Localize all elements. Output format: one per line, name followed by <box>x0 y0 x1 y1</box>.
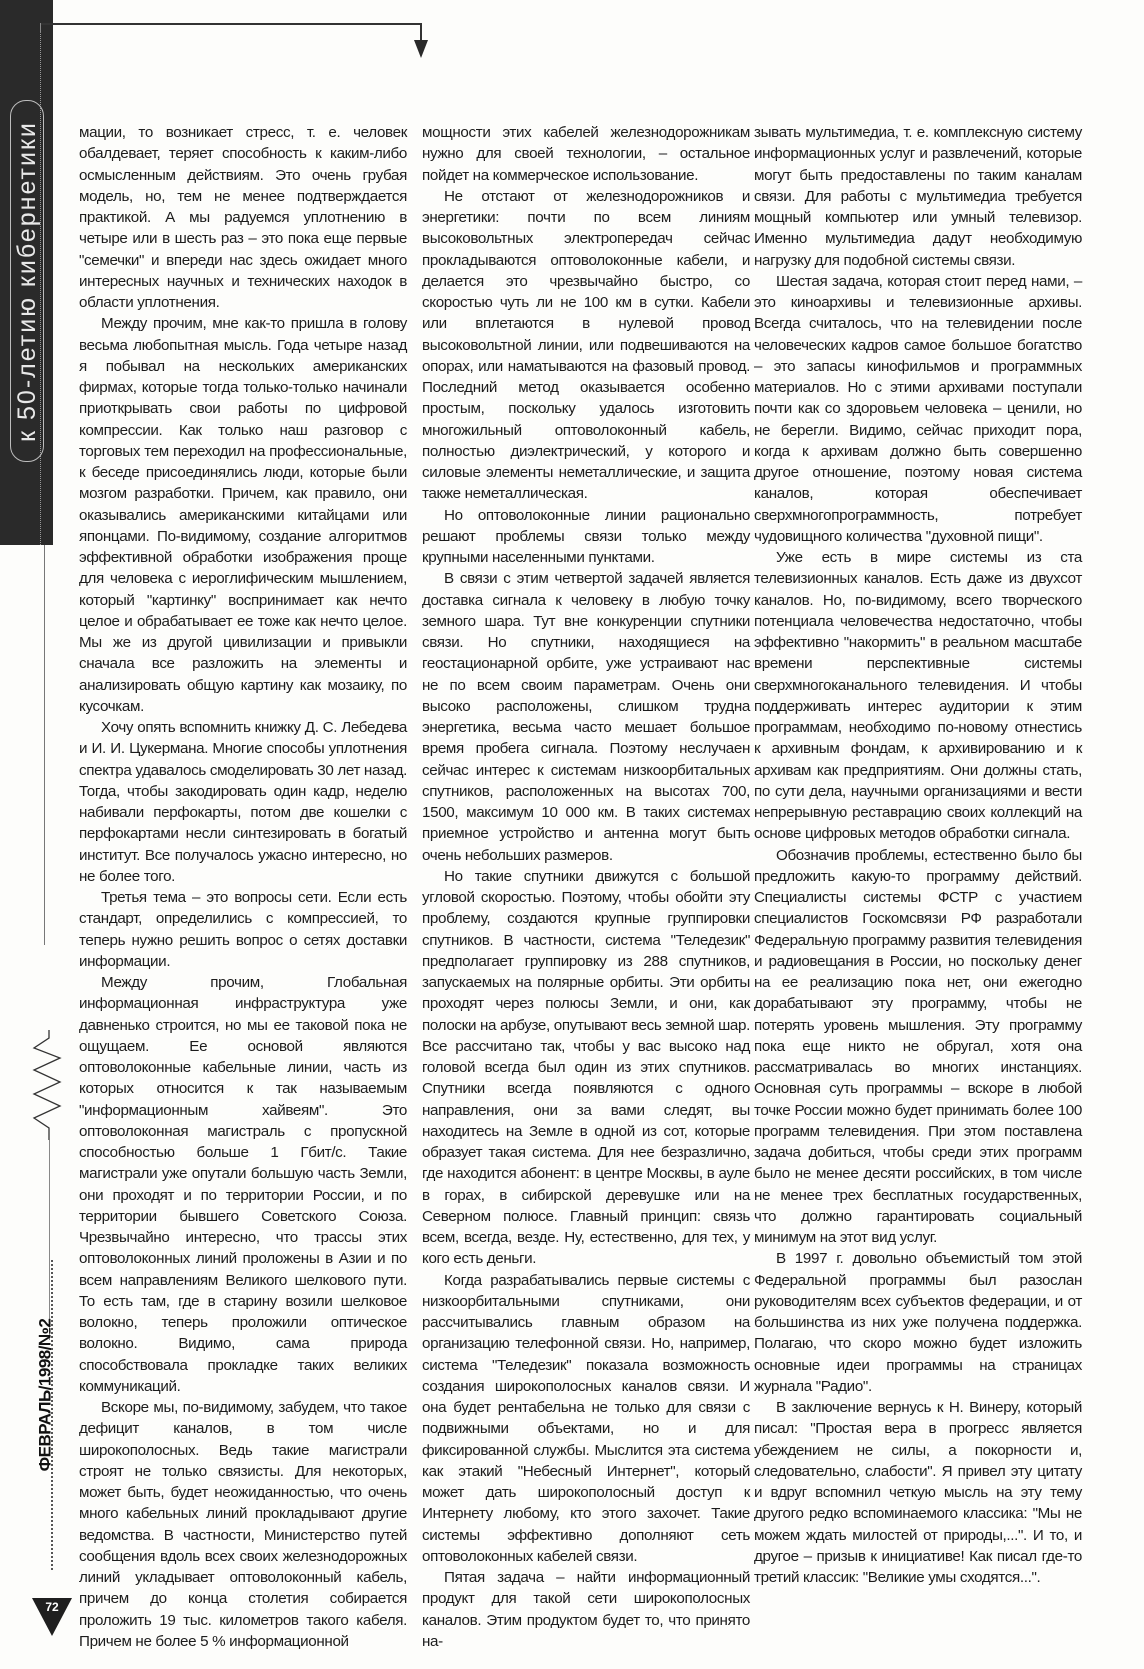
text-column-3: зывать мультимедиа, т. е. комплексную си… <box>754 122 1082 1588</box>
arrow-down-icon <box>414 40 428 58</box>
paragraph: Между прочим, Глобальная информационная … <box>79 972 407 1397</box>
paragraph: В заключение вернусь к Н. Винеру, которы… <box>754 1397 1082 1588</box>
top-rule-corner <box>40 23 41 33</box>
paragraph: Пятая задача – найти информационный прод… <box>422 1567 750 1652</box>
paragraph: Между прочим, мне как-то пришла в голову… <box>79 313 407 717</box>
margin-rule-lower <box>49 1140 50 1340</box>
paragraph: Третья тема – это вопросы сети. Если ест… <box>79 887 407 972</box>
paragraph: Когда разрабатывались первые системы с н… <box>422 1270 750 1568</box>
paragraph: Уже есть в мире системы из ста телевизио… <box>754 547 1082 845</box>
paragraph: Не отстают от железнодорожников и энерге… <box>422 186 750 505</box>
issue-label: ФЕВРАЛЬ/1998/№2 <box>30 1320 60 1470</box>
text-column-1: мации, то возникает стресс, т. е. челове… <box>79 122 407 1652</box>
paragraph: В 1997 г. довольно объемистый том этой Ф… <box>754 1248 1082 1397</box>
paragraph: мации, то возникает стресс, т. е. челове… <box>79 122 407 313</box>
paragraph: зывать мультимедиа, т. е. комплексную си… <box>754 122 1082 271</box>
paragraph: Хочу опять вспомнить книжку Д. С. Лебеде… <box>79 717 407 887</box>
section-tab: к 50-летию кибернетики <box>10 100 44 462</box>
paragraph: мощности этих кабелей железнодорожникам … <box>422 122 750 186</box>
paragraph: Но такие спутники движутся с большой угл… <box>422 866 750 1270</box>
section-tab-label: к 50-летию кибернетики <box>13 121 42 442</box>
paragraph: В связи с этим четвертой задачей являетс… <box>422 568 750 866</box>
page-number: 72 <box>32 1600 72 1614</box>
paragraph: Вскоре мы, по-видимому, забудем, что так… <box>79 1397 407 1652</box>
margin-rule <box>44 545 45 945</box>
paragraph: Обозначив проблемы, естественно было бы … <box>754 845 1082 1249</box>
text-column-2: мощности этих кабелей железнодорожникам … <box>422 122 750 1652</box>
zigzag-icon <box>30 1030 64 1140</box>
issue-label-text: ФЕВРАЛЬ/1998/№2 <box>35 1319 55 1472</box>
paragraph: Но оптоволоконные линии рационально реша… <box>422 505 750 569</box>
top-rule <box>40 23 420 25</box>
paragraph: Шестая задача, которая стоит перед нами,… <box>754 271 1082 547</box>
